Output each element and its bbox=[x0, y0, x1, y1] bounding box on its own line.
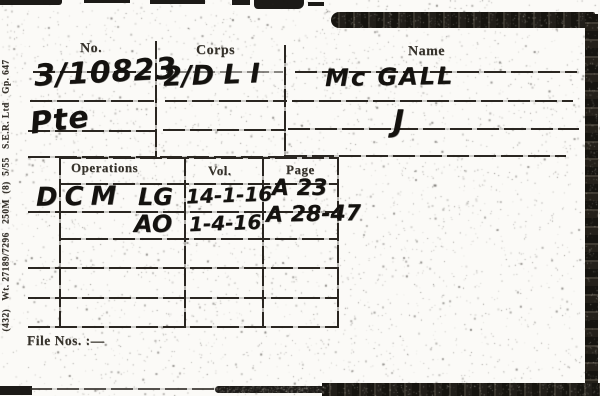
table-row-vol: 14-1-16 bbox=[186, 184, 273, 207]
table-row-operations-ref: LG bbox=[138, 185, 173, 209]
service-number-value: 3/10823 bbox=[33, 54, 178, 91]
rule-line bbox=[30, 100, 154, 102]
scan-artifact-bottom-left-blob bbox=[0, 386, 32, 395]
scan-artifact-right-band bbox=[585, 14, 598, 396]
corps-unit-value: 2/D L I bbox=[163, 60, 261, 90]
table-row-page: A 23 bbox=[272, 178, 327, 200]
rank-value: Pte bbox=[28, 102, 91, 139]
initials-value: J bbox=[393, 107, 404, 137]
printers-imprint: (432) Wt. 27189/7296 250M (8) 5/55 S.E.R… bbox=[3, 31, 18, 361]
surname-value: Mc GALL bbox=[325, 64, 455, 90]
operations-column-header: Operations bbox=[71, 161, 138, 174]
table-row-operations-ref: AO bbox=[134, 212, 172, 236]
scan-artifact-top-dash-1 bbox=[84, 0, 130, 3]
vol-column-header: Vol. bbox=[208, 164, 232, 177]
no-field-label: No. bbox=[80, 42, 102, 56]
page-column-header: Page bbox=[286, 163, 315, 176]
index-card: (432) Wt. 27189/7296 250M (8) 5/55 S.E.R… bbox=[0, 0, 600, 396]
scan-artifact-top-left bbox=[0, 0, 62, 5]
file-nos-label: File Nos. :— bbox=[27, 334, 105, 348]
table-border-bottom bbox=[28, 326, 339, 328]
scan-artifact-bottom-band bbox=[322, 383, 600, 396]
rule-line bbox=[165, 100, 287, 102]
table-border-right bbox=[337, 157, 339, 328]
table-row-vol: 1-4-16 bbox=[189, 212, 262, 235]
rule-line bbox=[292, 100, 573, 102]
corps-field-label: Corps bbox=[196, 44, 235, 58]
scan-artifact-top-band bbox=[331, 12, 595, 28]
name-field-label: Name bbox=[408, 45, 445, 59]
table-row-line bbox=[59, 238, 337, 240]
table-border-top bbox=[59, 157, 338, 159]
scan-artifact-top-dash-3 bbox=[232, 0, 250, 5]
scan-artifact-top-dash-2 bbox=[150, 0, 205, 4]
scan-artifact-bottom-mid bbox=[215, 386, 325, 393]
scan-artifact-top-dash-4 bbox=[308, 2, 324, 6]
table-row-page: A 28-47 bbox=[266, 203, 361, 227]
table-row-line bbox=[28, 267, 338, 269]
scan-artifact-bottom-thin-line bbox=[30, 388, 220, 390]
rule-line bbox=[163, 129, 286, 131]
rule-line bbox=[288, 128, 579, 130]
table-row-line bbox=[28, 297, 338, 299]
table-row-operations-main: DCM bbox=[36, 183, 124, 211]
scan-artifact-top-blob bbox=[254, 0, 304, 9]
